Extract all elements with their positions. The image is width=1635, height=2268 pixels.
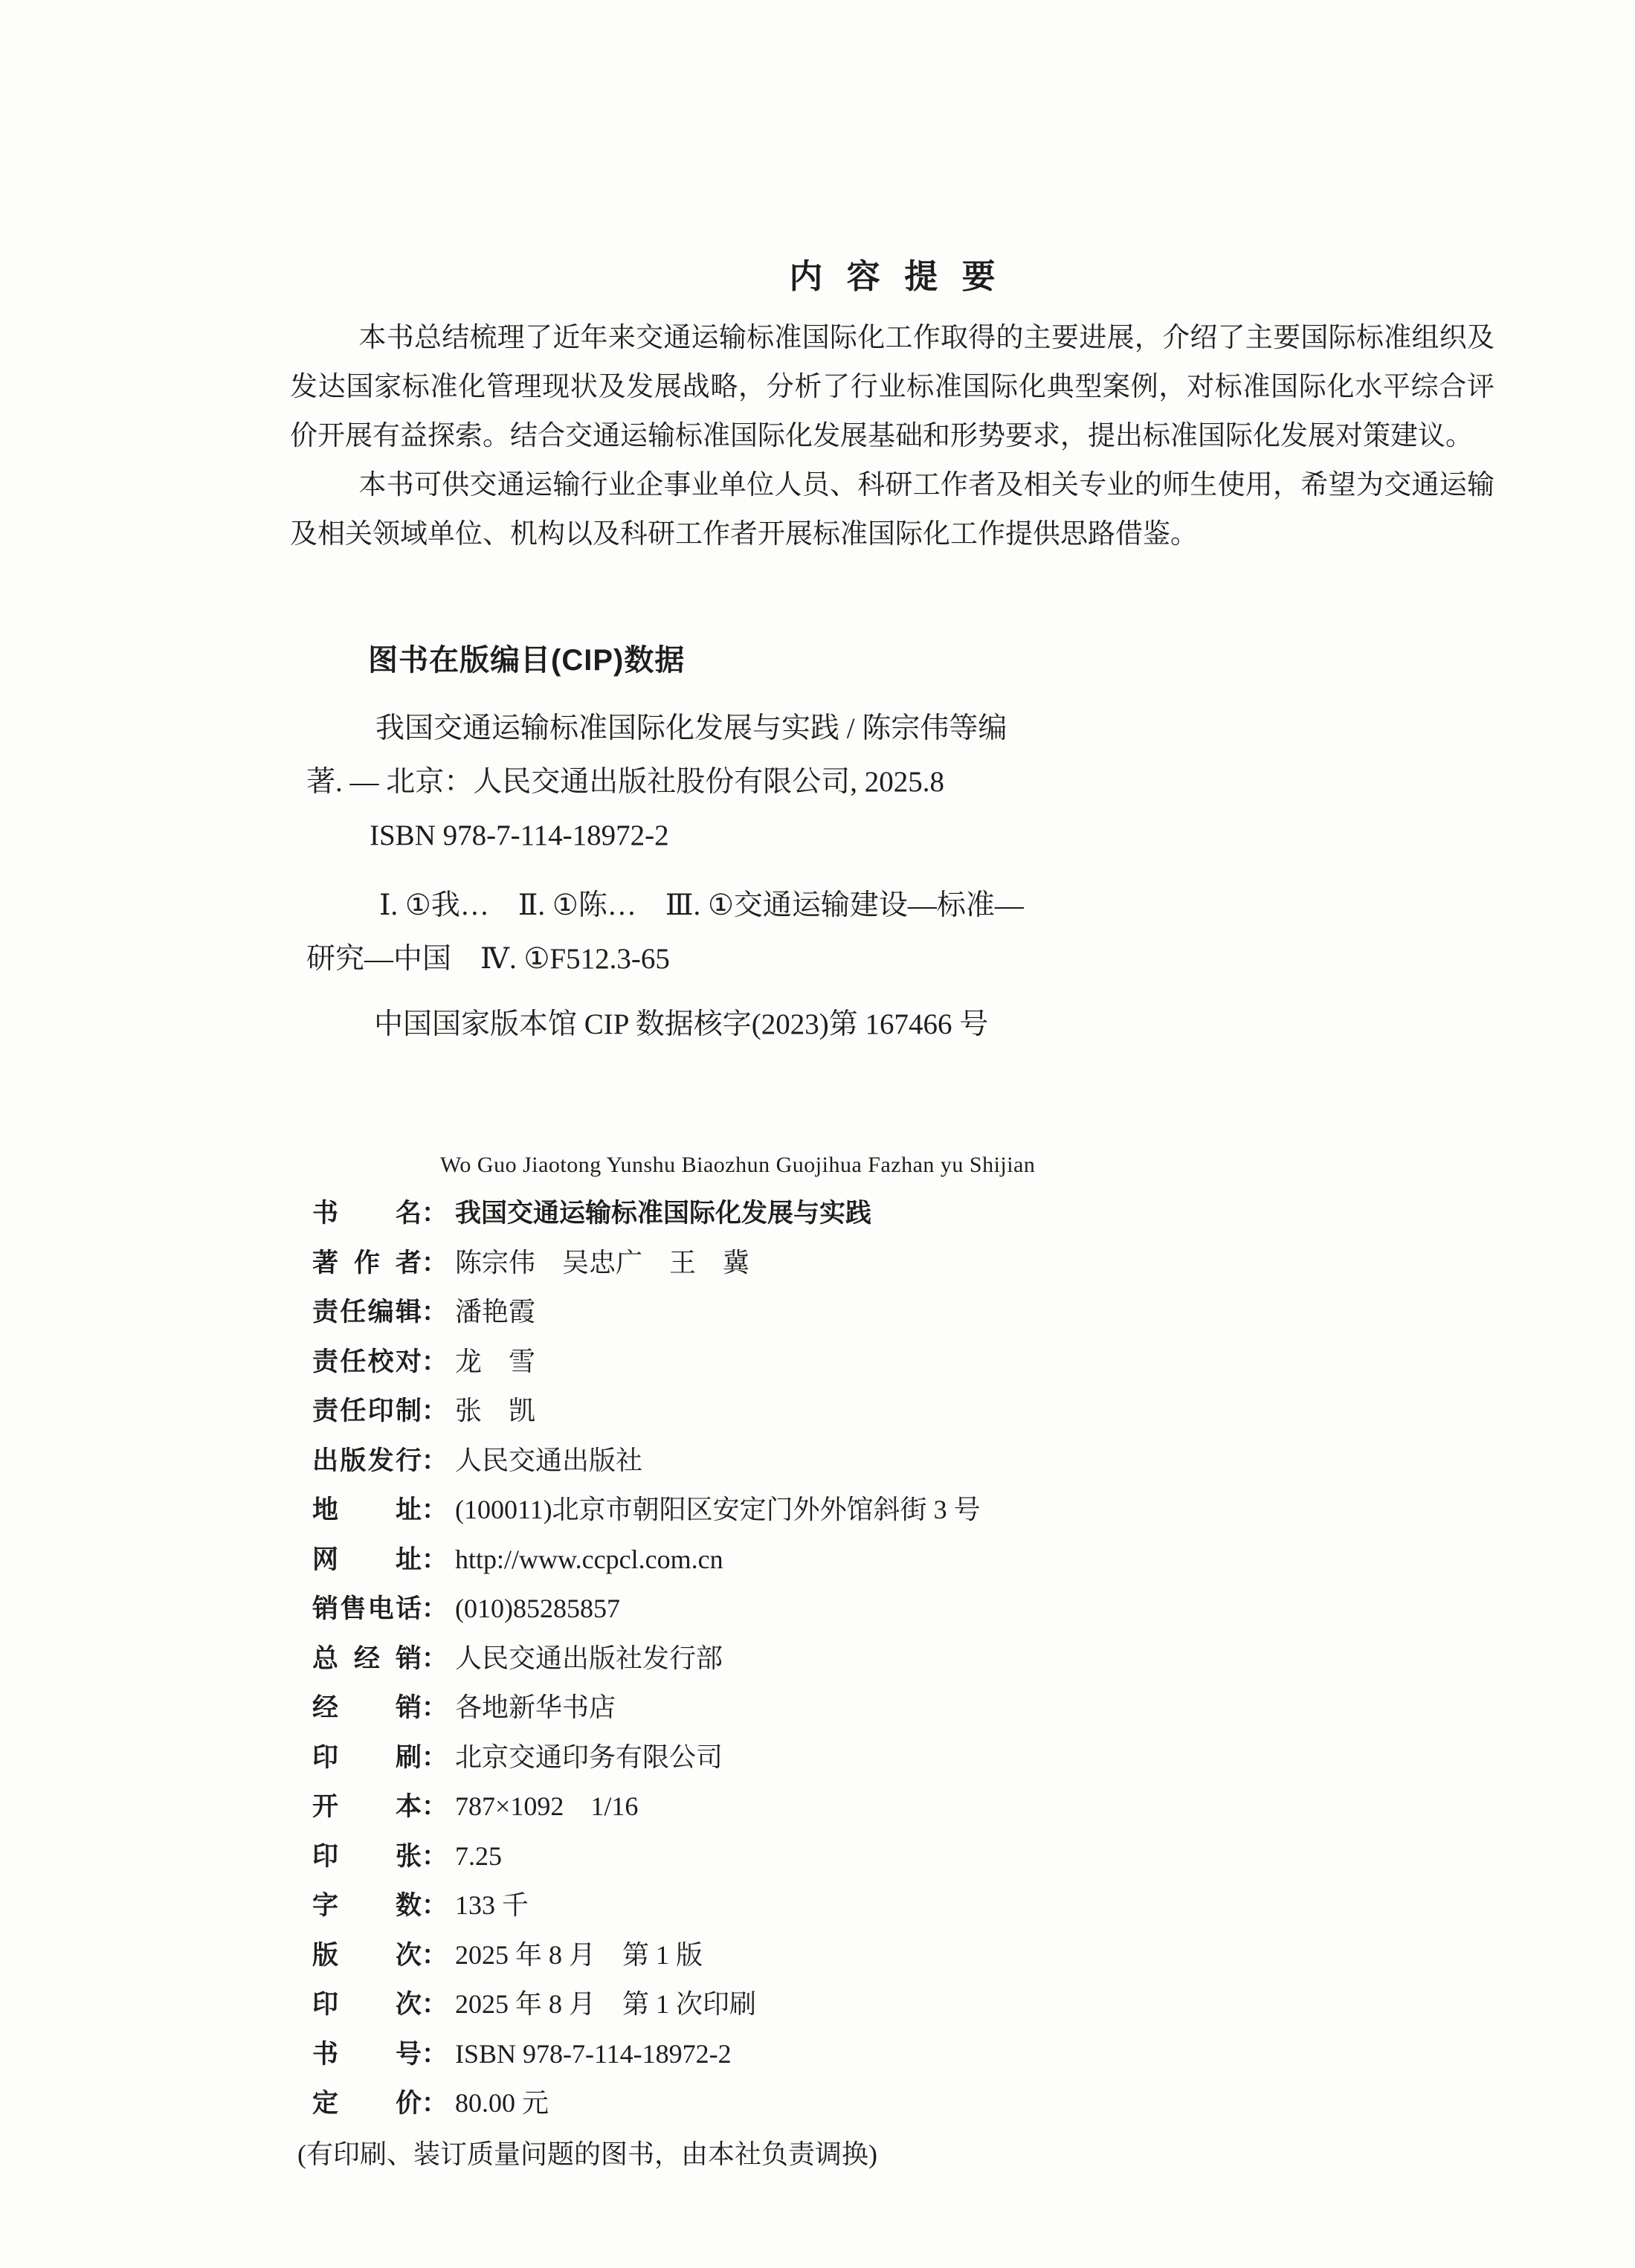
colophon-row: 经销：各地新华书店 xyxy=(312,1686,1472,1736)
row-label: 经销 xyxy=(312,1686,422,1730)
colophon-row: 印刷：北京交通印务有限公司 xyxy=(312,1736,1472,1785)
row-label: 销售电话 xyxy=(312,1588,422,1631)
row-value: 各地新华书店 xyxy=(455,1692,616,1722)
row-label: 地址 xyxy=(312,1489,422,1533)
colophon-row: 地址：(100011)北京市朝阳区安定门外外馆斜街 3 号 xyxy=(312,1488,1472,1538)
row-value: (100011)北京市朝阳区安定门外外馆斜街 3 号 xyxy=(455,1495,981,1524)
row-value: 人民交通出版社 xyxy=(455,1446,642,1475)
row-colon: ： xyxy=(422,1644,448,1673)
colophon-row: 书名：我国交通运输标准国际化发展与实践 xyxy=(312,1192,1472,1241)
quality-note: (有印刷、装订质量问题的图书，由本社负责调换) xyxy=(297,2133,1472,2176)
colophon-row: 开本：787×1092 1/16 xyxy=(312,1785,1472,1834)
row-label: 开本 xyxy=(312,1785,422,1829)
row-label: 印刷 xyxy=(312,1736,422,1780)
colophon-section: Wo Guo Jiaotong Yunshu Biaozhun Guojihua… xyxy=(312,1149,1472,2176)
row-label: 著作者 xyxy=(312,1242,422,1286)
row-value: 北京交通印务有限公司 xyxy=(455,1742,723,1772)
colophon-row: 版次：2025 年 8 月 第 1 版 xyxy=(312,1933,1472,1983)
row-colon: ： xyxy=(422,2089,448,2118)
cip-record-number-line: 中国国家版本馆 CIP 数据核字(2023)第 167466 号 xyxy=(374,998,1494,1051)
row-label: 总经销 xyxy=(312,1637,422,1681)
colophon-row: 书号：ISBN 978-7-114-18972-2 xyxy=(312,2032,1472,2082)
colophon-row: 印次：2025 年 8 月 第 1 次印刷 xyxy=(312,1982,1472,2032)
row-value: http://www.ccpcl.com.cn xyxy=(455,1544,723,1574)
row-value: 我国交通运输标准国际化发展与实践 xyxy=(455,1199,871,1228)
row-value: (010)85285857 xyxy=(455,1594,620,1623)
row-colon: ： xyxy=(422,1495,448,1524)
cip-classification-line-2: 研究—中国 Ⅳ. ①F512.3-65 xyxy=(306,932,1494,986)
row-value: 2025 年 8 月 第 1 版 xyxy=(455,1940,703,1970)
row-colon: ： xyxy=(422,1941,448,1970)
row-label: 版次 xyxy=(312,1934,422,1978)
row-label: 印张 xyxy=(312,1835,422,1879)
row-label: 网址 xyxy=(312,1539,422,1582)
row-colon: ： xyxy=(422,1891,448,1920)
row-colon: ： xyxy=(422,1446,448,1475)
summary-title: 内容提要 xyxy=(290,249,1494,297)
colophon-row: 销售电话：(010)85285857 xyxy=(312,1587,1472,1637)
row-label: 责任校对 xyxy=(312,1341,422,1385)
row-value: 陈宗伟 吴忠广 王 冀 xyxy=(455,1248,749,1278)
row-value: 张 凯 xyxy=(455,1396,535,1425)
book-copyright-page: 内容提要 本书总结梳理了近年来交通运输标准国际化工作取得的主要进展，介绍了主要国… xyxy=(0,0,1635,2268)
row-label: 责任印制 xyxy=(312,1390,422,1434)
row-label: 书号 xyxy=(312,2033,422,2077)
row-label: 印次 xyxy=(312,1983,422,2027)
cip-publisher-line: 著. — 北京：人民交通出版社股份有限公司, 2025.8 xyxy=(306,756,1494,809)
cip-heading: 图书在版编目(CIP)数据 xyxy=(368,638,1494,683)
row-value: 人民交通出版社发行部 xyxy=(455,1643,723,1673)
row-value: 7.25 xyxy=(455,1841,502,1871)
row-value: 龙 雪 xyxy=(455,1347,535,1376)
colophon-row: 著作者：陈宗伟 吴忠广 王 冀 xyxy=(312,1241,1472,1291)
content-summary-section: 内容提要 本书总结梳理了近年来交通运输标准国际化工作取得的主要进展，介绍了主要国… xyxy=(290,249,1494,559)
colophon-row: 印张：7.25 xyxy=(312,1834,1472,1884)
row-colon: ： xyxy=(422,1199,448,1228)
row-label: 责任编辑 xyxy=(312,1291,422,1335)
row-value: 133 千 xyxy=(455,1890,529,1920)
cip-isbn-line: ISBN 978-7-114-18972-2 xyxy=(370,809,1494,863)
row-value: 潘艳霞 xyxy=(455,1297,535,1327)
colophon-row: 网址：http://www.ccpcl.com.cn xyxy=(312,1538,1472,1588)
cip-classification-line-1: Ⅰ. ①我… Ⅱ. ①陈… Ⅲ. ①交通运输建设—标准— xyxy=(379,879,1494,932)
row-label: 字数 xyxy=(312,1884,422,1928)
colophon-row: 总经销：人民交通出版社发行部 xyxy=(312,1637,1472,1686)
colophon-row: 责任印制：张 凯 xyxy=(312,1389,1472,1439)
colophon-row: 字数：133 千 xyxy=(312,1884,1472,1933)
row-colon: ： xyxy=(422,1545,448,1574)
row-value: ISBN 978-7-114-18972-2 xyxy=(455,2039,732,2069)
row-colon: ： xyxy=(422,1396,448,1425)
colophon-row: 出版发行：人民交通出版社 xyxy=(312,1439,1472,1489)
colophon-row: 定价：80.00 元 xyxy=(312,2081,1472,2131)
row-colon: ： xyxy=(422,1249,448,1278)
summary-paragraph-2: 本书可供交通运输行业企事业单位人员、科研工作者及相关专业的师生使用，希望为交通运… xyxy=(290,461,1494,559)
row-label: 出版发行 xyxy=(312,1440,422,1483)
row-colon: ： xyxy=(422,1594,448,1623)
colophon-rows: 书名：我国交通运输标准国际化发展与实践 著作者：陈宗伟 吴忠广 王 冀 责任编辑… xyxy=(312,1192,1472,2131)
row-value: 2025 年 8 月 第 1 次印刷 xyxy=(455,1989,756,2019)
row-colon: ： xyxy=(422,1792,448,1821)
row-value: 787×1092 1/16 xyxy=(455,1791,638,1821)
row-colon: ： xyxy=(422,1743,448,1772)
colophon-row: 责任编辑：潘艳霞 xyxy=(312,1290,1472,1340)
row-colon: ： xyxy=(422,1298,448,1327)
row-label: 书名 xyxy=(312,1192,422,1236)
row-label: 定价 xyxy=(312,2082,422,2126)
row-colon: ： xyxy=(422,1842,448,1871)
cip-title-line: 我国交通运输标准国际化发展与实践 / 陈宗伟等编 xyxy=(375,702,1494,756)
row-colon: ： xyxy=(422,1693,448,1722)
row-colon: ： xyxy=(422,1990,448,2019)
summary-paragraph-1: 本书总结梳理了近年来交通运输标准国际化工作取得的主要进展，介绍了主要国际标准组织… xyxy=(290,314,1494,461)
row-colon: ： xyxy=(422,1347,448,1376)
cip-data-section: 图书在版编目(CIP)数据 我国交通运输标准国际化发展与实践 / 陈宗伟等编 著… xyxy=(290,638,1494,1051)
row-value: 80.00 元 xyxy=(455,2088,549,2118)
title-pinyin: Wo Guo Jiaotong Yunshu Biaozhun Guojihua… xyxy=(440,1149,1472,1182)
colophon-row: 责任校对：龙 雪 xyxy=(312,1340,1472,1390)
row-colon: ： xyxy=(422,2040,448,2069)
